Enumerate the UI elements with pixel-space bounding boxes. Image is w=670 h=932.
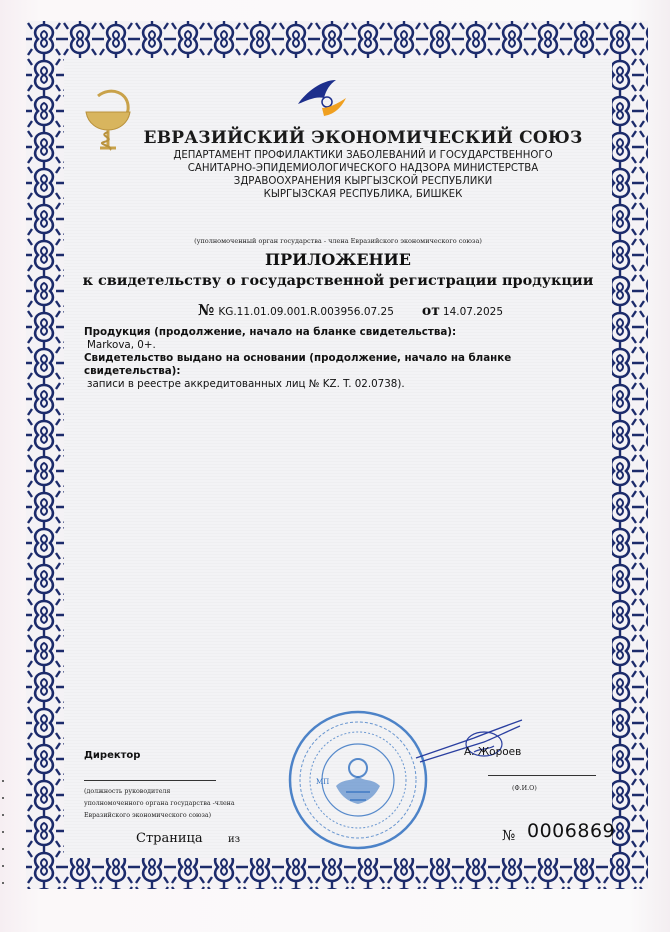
department-line-1: ДЕПАРТАМЕНТ ПРОФИЛАКТИКИ ЗАБОЛЕВАНИЙ И Г…: [64, 149, 612, 162]
department-line-3: ЗДРАВООХРАНЕНИЯ КЫРГЫЗСКОЙ РЕСПУБЛИКИ: [64, 175, 612, 188]
position-note: (должность руководителя уполномоченного …: [84, 786, 235, 822]
union-name: ЕВРАЗИЙСКИЙ ЭКОНОМИЧЕСКИЙ СОЮЗ: [64, 128, 612, 148]
annex-body: Продукция (продолжение, начало на бланке…: [84, 326, 604, 391]
department-line-4: КЫРГЫЗСКАЯ РЕСПУБЛИКА, БИШКЕК: [64, 188, 612, 201]
serial-number: 0006869: [527, 820, 615, 842]
svg-text:МП: МП: [316, 778, 329, 786]
position-note-line-1: (должность руководителя: [84, 786, 235, 798]
date-label: от: [422, 303, 440, 319]
certificate-annex-sheet: ЕВРАЗИЙСКИЙ ЭКОНОМИЧЕСКИЙ СОЮЗ ДЕПАРТАМЕ…: [64, 58, 612, 858]
authority-note: (уполномоченный орган государства - член…: [64, 237, 612, 245]
eaeu-logo-icon: [296, 78, 348, 118]
basis-value: записи в реестре аккредитованных лиц № K…: [84, 378, 604, 391]
handwritten-signature: [414, 718, 524, 768]
number-sign: №: [198, 301, 214, 319]
annex-title: ПРИЛОЖЕНИЕ: [64, 250, 612, 269]
signer-name: А. Жороев: [464, 746, 521, 758]
registration-row: №KG.11.01.09.001.R.003956.07.25от14.07.2…: [198, 300, 503, 319]
margin-punch-dots: [2, 780, 6, 930]
product-label: Продукция (продолжение, начало на бланке…: [84, 326, 604, 339]
registration-number: KG.11.01.09.001.R.003956.07.25: [218, 306, 394, 318]
registration-date: 14.07.2025: [443, 306, 503, 318]
annex-subtitle: к свидетельству о государственной регист…: [64, 272, 612, 289]
page-of-label: из: [228, 834, 240, 845]
serial-number-sign: №: [502, 828, 515, 844]
name-underline: [488, 775, 596, 776]
department-line-2: САНИТАРНО-ЭПИДЕМИОЛОГИЧЕСКОГО НАДЗОРА МИ…: [64, 162, 612, 175]
page-label: Страница: [136, 831, 203, 846]
product-value: Markova, 0+.: [84, 339, 604, 352]
official-stamp-icon: МП: [286, 708, 430, 852]
basis-label: Свидетельство выдано на основании (продо…: [84, 352, 604, 378]
signer-position: Директор: [84, 750, 140, 761]
position-underline: [84, 780, 216, 781]
position-note-line-3: Евразийского экономического союза): [84, 810, 235, 822]
fio-label: (Ф.И.О): [512, 783, 537, 795]
position-note-line-2: уполномоченного органа государства -член…: [84, 798, 235, 810]
